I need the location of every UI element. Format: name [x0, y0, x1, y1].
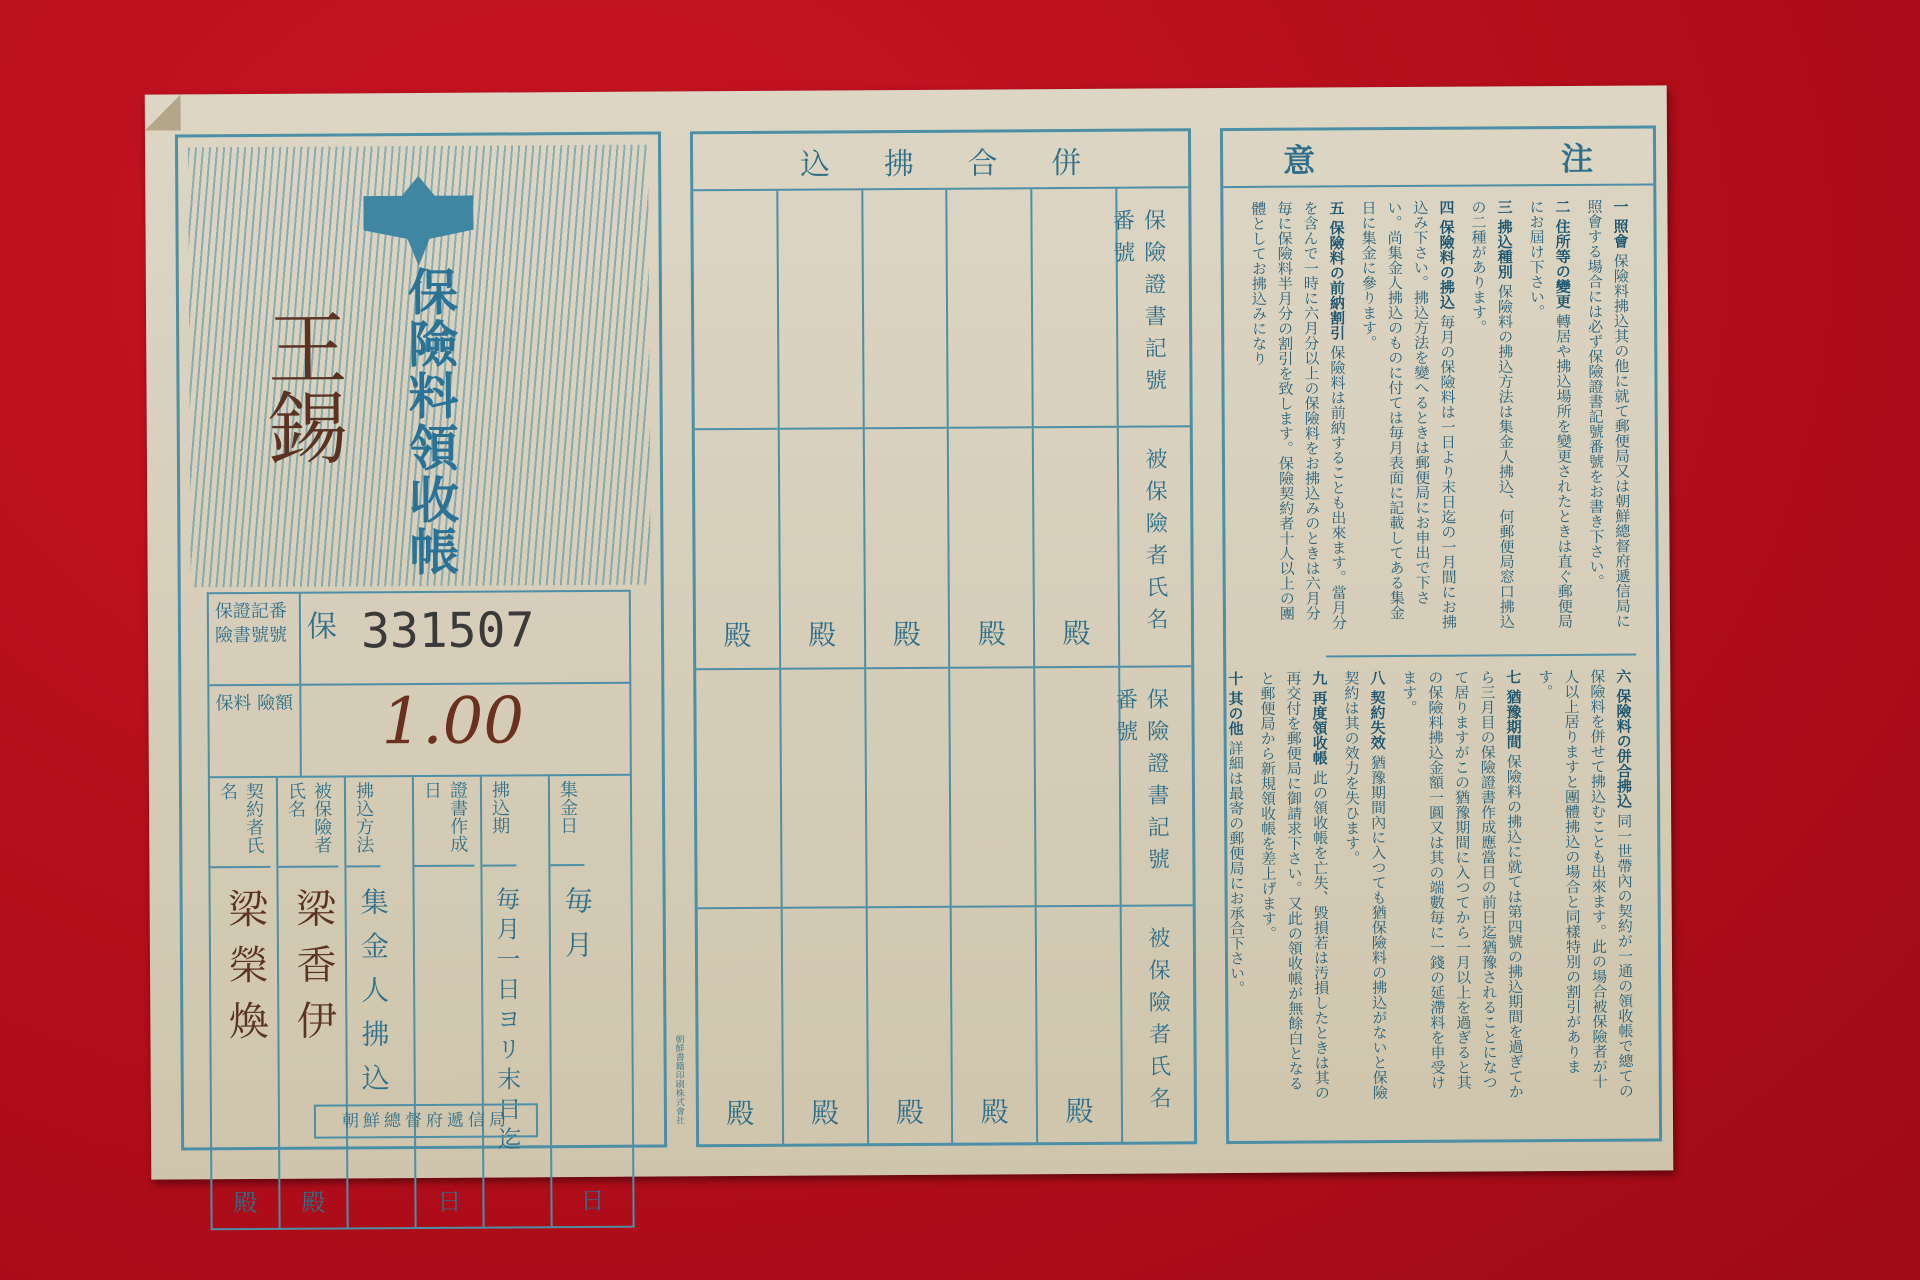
cert-number-row: 保證記番 險書號號 保 331507 [209, 592, 630, 687]
combined-payment-title: 込 拂 合 併 [693, 131, 1188, 191]
handwritten-name: 王錫 [243, 306, 359, 467]
slot-column: 殿 殿 [1032, 189, 1123, 1145]
cert-number-label: 保證記番 險書號號 [209, 594, 302, 685]
issuer-band: 朝鮮總督府遞信局 [314, 1103, 538, 1138]
folded-corner [145, 94, 181, 130]
column-policyholder: 契約者氏名 梁榮煥 殿 [210, 778, 281, 1228]
notes-block-upper: 一 照會 保險料拂込其の他に就て郵便局又は朝鮮總督府遞信局に照會する場合には必ず… [1243, 199, 1636, 631]
notes-title: 意 注 [1223, 128, 1653, 188]
column-issue-date: 證書作成日 日 [414, 777, 485, 1227]
column-collection-day: 集金日 毎月 日 [550, 776, 633, 1226]
note-item: 二 住所等の變更 轉居や拂込場所を變更されたときは直ぐ郵便局にお屆け下さい。 [1523, 199, 1578, 629]
note-item: 十 其の他 詳細は最寄の郵便局にお承合下さい。 [1222, 671, 1251, 1101]
note-item: 三 拂込種別 保險料の拂込方法は集金人拂込、何郵便局窓口拂込の二種があります。 [1465, 199, 1520, 629]
cover-panel: 保險料領收帳 王錫 保證記番 險書號號 保 331507 保料 險額 1.00 … [175, 132, 667, 1151]
row-header-column: 保險證書記號番號 被保險者氏名 保險證書記號番號 被保險者氏名 [1117, 188, 1194, 1143]
note-item: 八 契約失效 猶豫期間內に入つても猶保險料の拂込がないと保險契約は其の效力を失ひ… [1338, 670, 1393, 1100]
printer-note: 朝鮮書籍印刷株式會社 [672, 1034, 686, 1124]
column-payment-period: 拂込期 毎月一日ヨリ末日迄 [482, 776, 553, 1226]
note-item: 一 照會 保險料拂込其の他に就て郵便局又は朝鮮總督府遞信局に照會する場合には必ず… [1581, 199, 1636, 629]
note-item: 七 猶豫期間 保險料の拂込に就ては第四號の拂込期間を過ぎてから三月目の保險證書作… [1396, 669, 1529, 1100]
column-payment-method: 拂込方法 集金人拂込 [346, 777, 417, 1227]
slot-column: 殿 殿 [948, 189, 1039, 1145]
note-item: 六 保險料の併合拂込 同一世帶內の契約が一通の領收帳で總ての保險料を併せて拂込む… [1532, 669, 1639, 1100]
note-item: 五 保險料の前納割引 保險料は前納することも出來ます。當月分を含んで一時に六月分… [1245, 200, 1352, 631]
notes-panel: 意 注 一 照會 保險料拂込其の他に就て郵便局又は朝鮮總督府遞信局に照會する場合… [1220, 125, 1662, 1144]
slot-column: 殿 殿 [778, 190, 869, 1146]
cert-number: 331507 [361, 602, 535, 659]
note-item: 四 保險料の拂込 毎月の保險料は一日より末日迄の一月間にお拂込み下さい。拂込方法… [1355, 200, 1462, 631]
premium-label: 保料 險額 [209, 686, 302, 777]
cert-prefix: 保 [307, 601, 337, 645]
slot-column: 殿 殿 [863, 190, 954, 1146]
insurance-receipt-book: 保險料領收帳 王錫 保證記番 險書號號 保 331507 保料 險額 1.00 … [145, 85, 1674, 1179]
divider [1326, 654, 1636, 658]
slot-column: 殿 殿 [693, 191, 784, 1147]
notes-block-lower: 六 保險料の併合拂込 同一世帶內の契約が一通の領收帳で總ての保險料を併せて拂込む… [1246, 669, 1639, 1101]
premium-row: 保料 險額 1.00 [209, 684, 630, 779]
cover-columns: 契約者氏名 梁榮煥 殿 被保險者氏名 梁香伊 殿 拂込方法 集金人拂込 證書作成… [210, 776, 633, 1229]
column-insured: 被保險者氏名 梁香伊 殿 [278, 777, 349, 1227]
note-item: 九 再度領收帳 此の領收帳を亡失、毀損若は汚損したときは其の再交付を郵便局に御請… [1254, 670, 1335, 1100]
cover-title: 保險料領收帳 [397, 266, 459, 578]
combined-payment-table: 込 拂 合 併 殿 殿 殿 殿 殿 殿 [690, 128, 1197, 1147]
premium-amount: 1.00 [381, 684, 524, 759]
